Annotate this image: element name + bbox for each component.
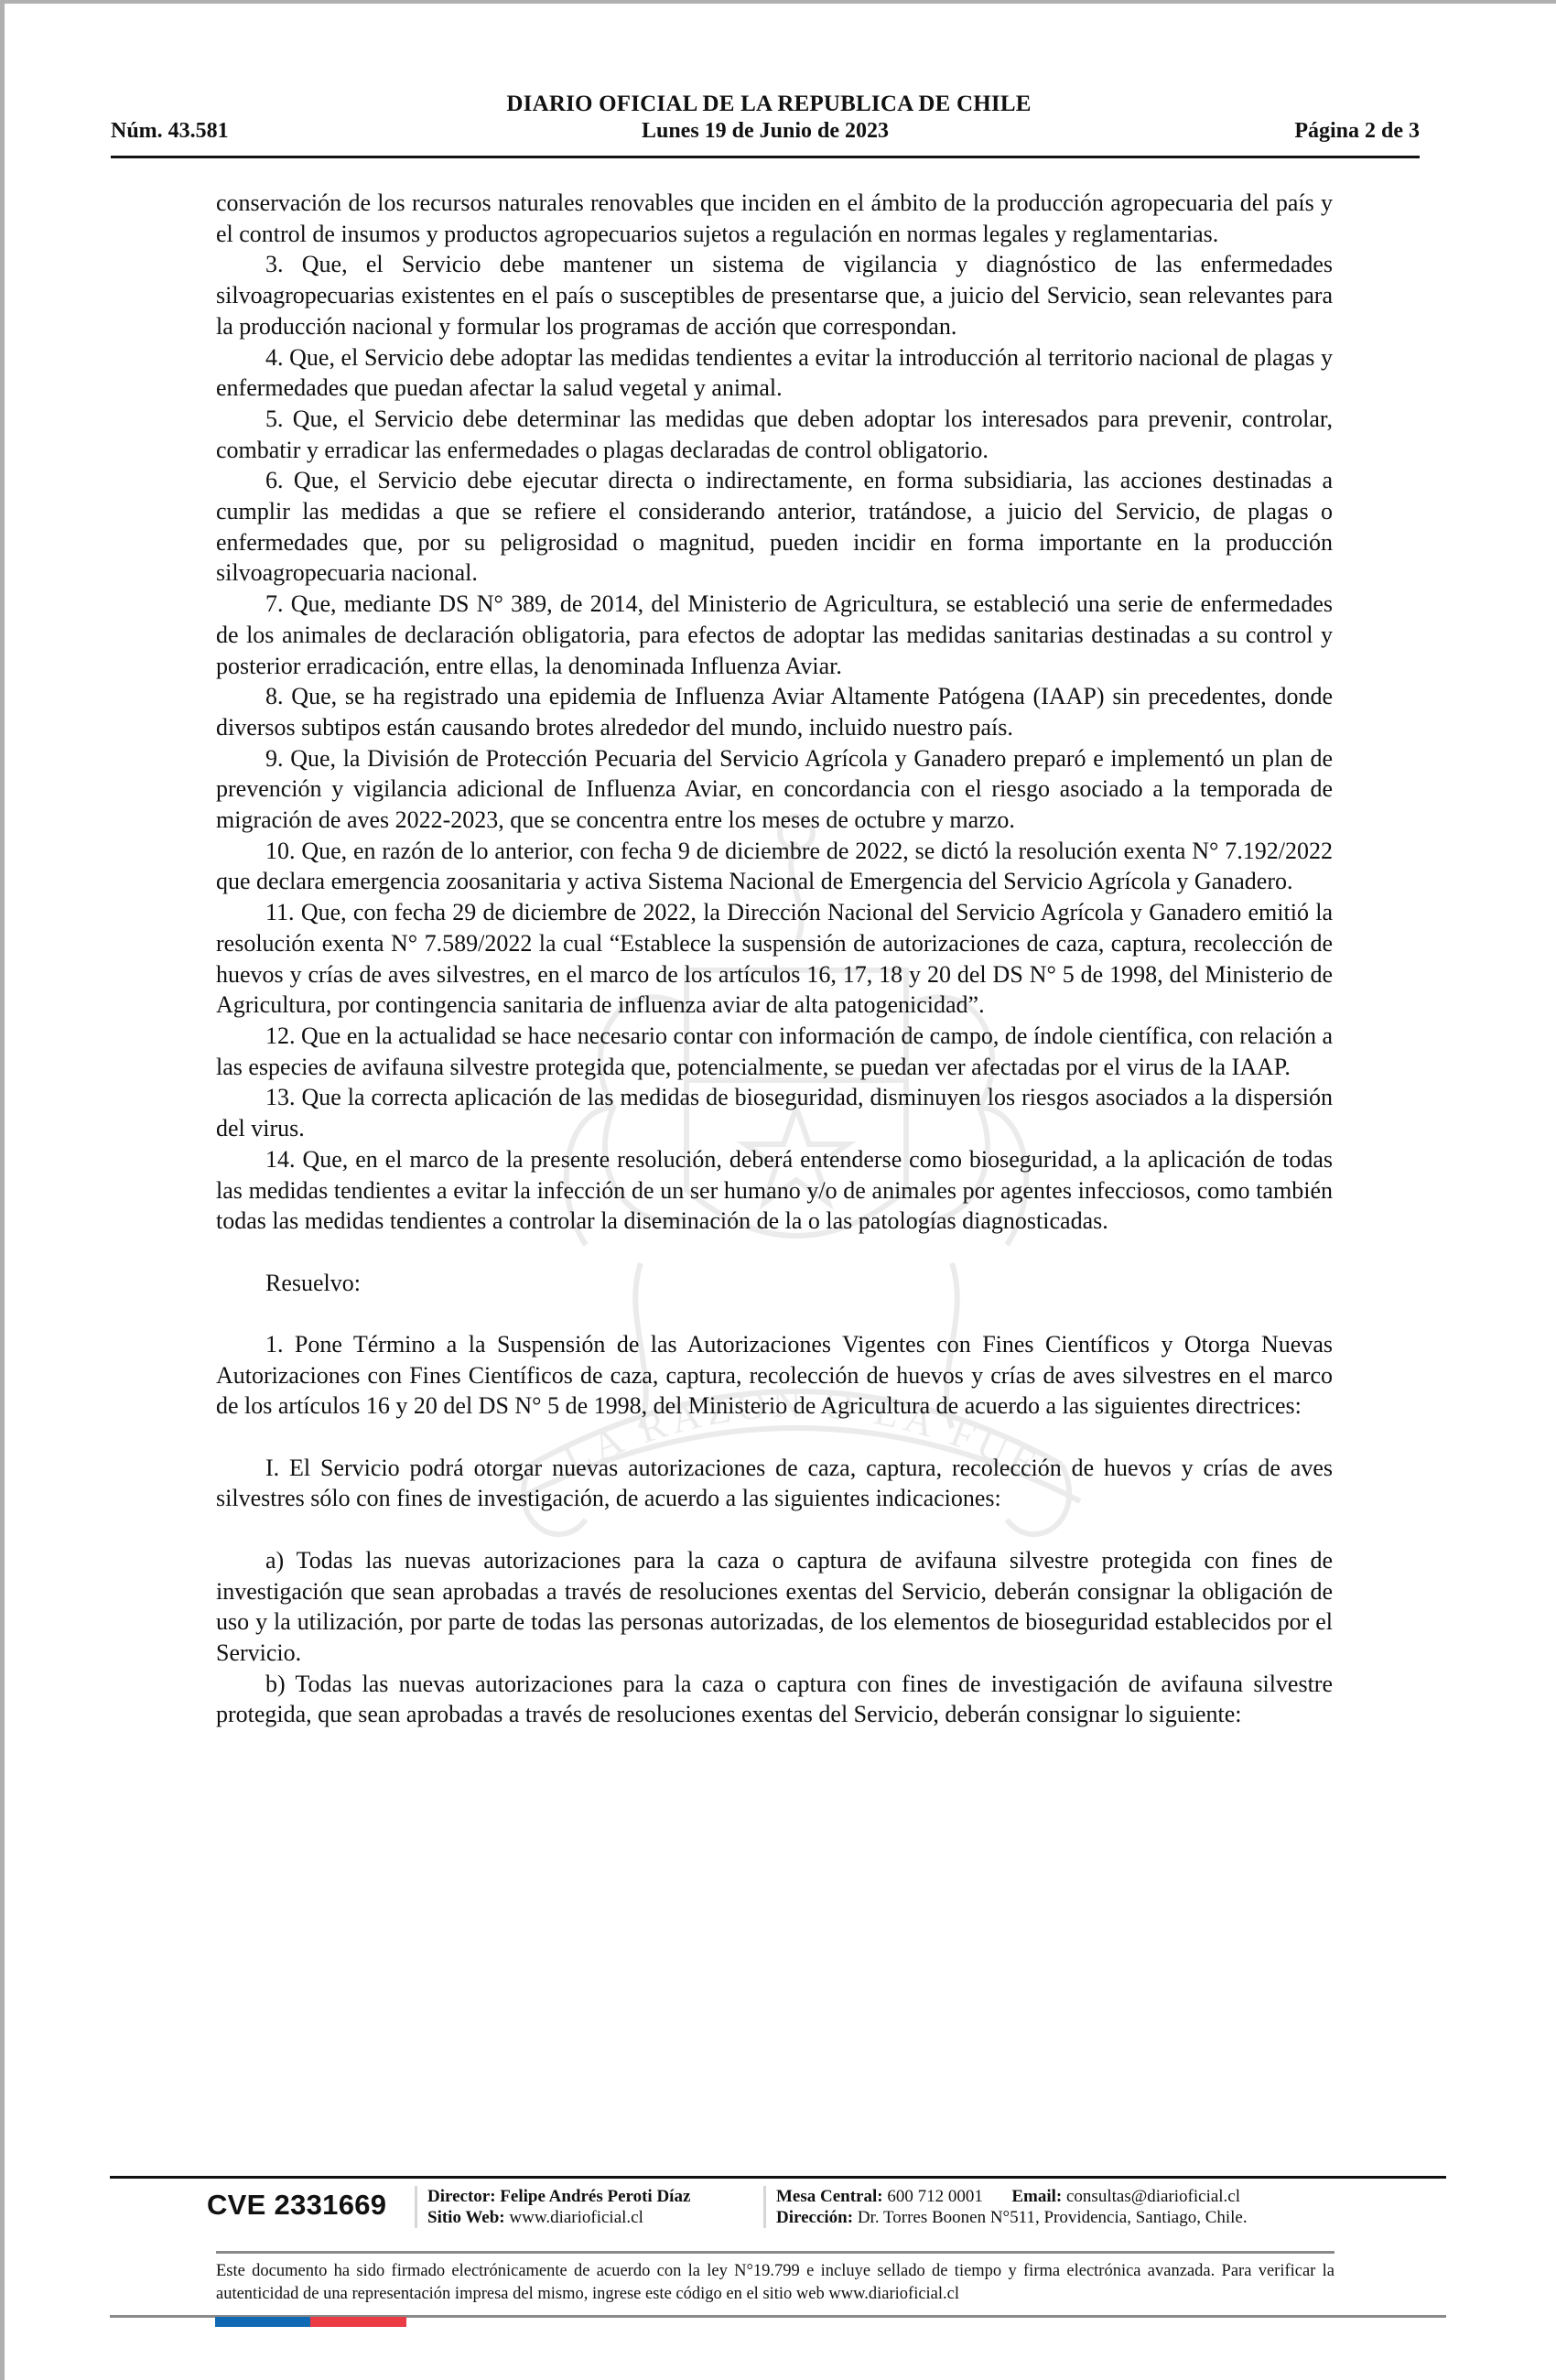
paragraph-considerando-5: 5. Que, el Servicio debe determinar las … — [216, 404, 1333, 465]
paragraph-considerando-11: 11. Que, con fecha 29 de diciembre de 20… — [216, 897, 1333, 1021]
email-label: Email: — [1011, 2187, 1062, 2206]
address-value: Dr. Torres Boonen N°511, Providencia, Sa… — [858, 2208, 1248, 2227]
flag-stripe-blue — [215, 2317, 310, 2327]
website-link[interactable]: www.diarioficial.cl — [509, 2208, 643, 2227]
footer-director-block: Director: Felipe Andrés Peroti Díaz Siti… — [427, 2186, 690, 2228]
phone-label: Mesa Central: — [776, 2187, 883, 2206]
document-body: conservación de los recursos naturales r… — [216, 188, 1333, 1730]
director-name: Felipe Andrés Peroti Díaz — [500, 2187, 690, 2206]
address-label: Dirección: — [776, 2208, 853, 2227]
paragraph-considerando-14: 14. Que, en el marco de la presente reso… — [216, 1144, 1333, 1237]
paragraph-directive-b: b) Todas las nuevas autorizaciones para … — [216, 1669, 1333, 1730]
paragraph-considerando-3: 3. Que, el Servicio debe mantener un sis… — [216, 249, 1333, 341]
paragraph-considerando-7: 7. Que, mediante DS N° 389, de 2014, del… — [216, 589, 1333, 681]
paragraph-considerando-6: 6. Que, el Servicio debe ejecutar direct… — [216, 465, 1333, 589]
director-label: Director: — [427, 2187, 496, 2206]
resuelvo-heading: Resuelvo: — [216, 1268, 1333, 1299]
cve-code: CVE 2331669 — [207, 2189, 386, 2222]
flag-stripe-red — [310, 2317, 406, 2327]
paragraph-directive-a: a) Todas las nuevas autorizaciones para … — [216, 1545, 1333, 1669]
footer-separator — [763, 2186, 766, 2228]
paragraph-considerando-4: 4. Que, el Servicio debe adoptar las med… — [216, 342, 1333, 404]
publication-title: DIARIO OFICIAL DE LA REPUBLICA DE CHILE — [0, 92, 1538, 117]
paragraph-considerando-12: 12. Que en la actualidad se hace necesar… — [216, 1021, 1333, 1082]
header-meta-row: Núm. 43.581 Lunes 19 de Junio de 2023 Pá… — [111, 119, 1420, 150]
footer-divider-top — [110, 2176, 1446, 2179]
footer-divider-middle — [216, 2251, 1334, 2254]
page-indicator: Página 2 de 3 — [1294, 119, 1420, 144]
paragraph-considerando-13: 13. Que la correcta aplicación de las me… — [216, 1082, 1333, 1143]
paragraph-continuation: conservación de los recursos naturales r… — [216, 188, 1333, 249]
page-border-left — [0, 0, 5, 2380]
footer-separator — [415, 2186, 417, 2228]
page-border-top — [0, 0, 1556, 4]
paragraph-considerando-9: 9. Que, la División de Protección Pecuar… — [216, 743, 1333, 836]
paragraph-directive-I: I. El Servicio podrá otorgar nuevas auto… — [216, 1453, 1333, 1514]
email-link[interactable]: consultas@diarioficial.cl — [1066, 2187, 1240, 2206]
phone-number: 600 712 0001 — [887, 2187, 983, 2206]
paragraph-resolution-1: 1. Pone Término a la Suspensión de las A… — [216, 1329, 1333, 1422]
footer-contact-block: Mesa Central: 600 712 0001 Email: consul… — [776, 2186, 1248, 2228]
website-label: Sitio Web: — [427, 2208, 505, 2227]
electronic-signature-disclaimer: Este documento ha sido firmado electróni… — [216, 2260, 1334, 2306]
issue-date: Lunes 19 de Junio de 2023 — [111, 119, 1420, 144]
header-divider — [111, 156, 1420, 158]
paragraph-considerando-8: 8. Que, se ha registrado una epidemia de… — [216, 681, 1333, 742]
paragraph-considerando-10: 10. Que, en razón de lo anterior, con fe… — [216, 836, 1333, 897]
